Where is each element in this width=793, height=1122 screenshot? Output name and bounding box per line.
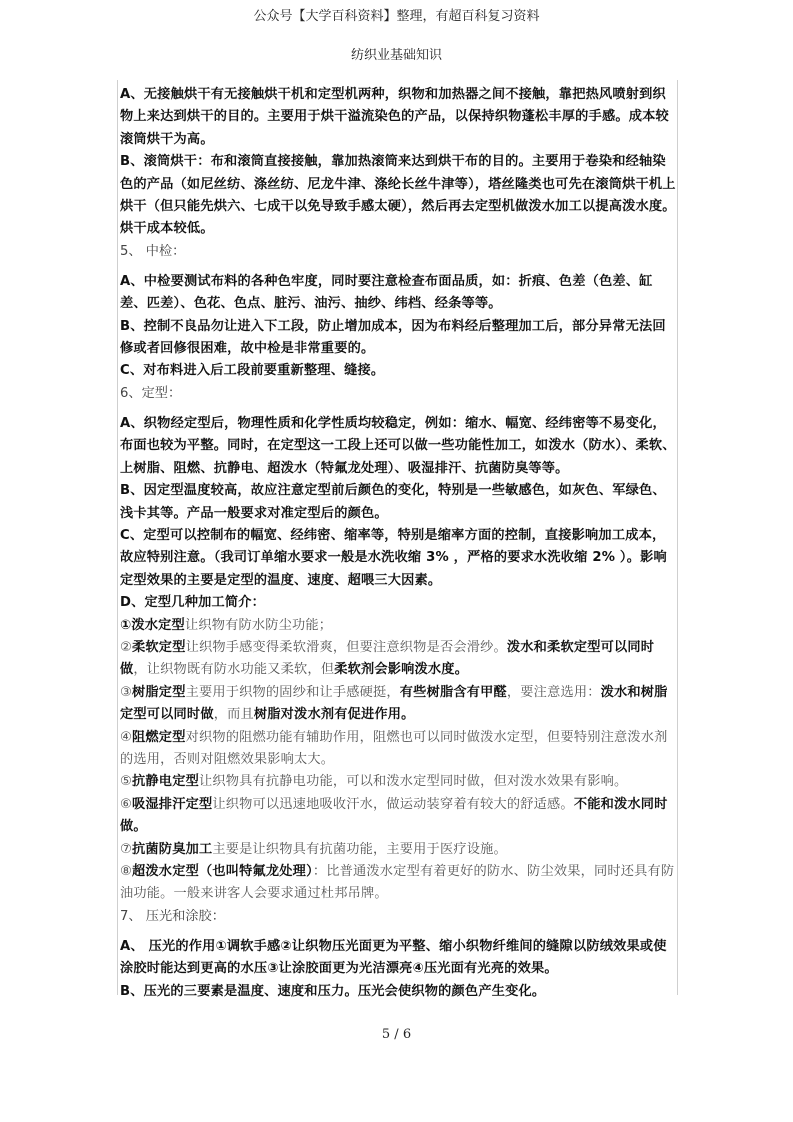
item-number: ③ bbox=[120, 685, 132, 700]
item-number: ⑤ bbox=[120, 774, 132, 789]
setting-item-5: ⑤抗静电定型让织物具有抗静电功能，可以和泼水定型同时做，但对泼水效果有影响。 bbox=[120, 771, 676, 793]
paragraph-setting-b: B、因定型温度较高，故应注意定型前后颜色的变化，特别是一些敏感色，如灰色、军绿色… bbox=[120, 480, 676, 525]
item-desc: ，让织物既有防水功能又柔软，但 bbox=[133, 662, 334, 677]
setting-item-3: ③树脂定型主要用于织物的固纱和让手感硬挺，有些树脂含有甲醛，要注意选用：泼水和树… bbox=[120, 682, 676, 727]
page-number: 5 / 6 bbox=[0, 1027, 793, 1042]
item-desc: ，而且 bbox=[214, 707, 254, 722]
setting-item-8: ⑧超泼水定型（也叫特氟龙处理）：比普通泼水定型有着更好的防水、防尘效果，同时还具… bbox=[120, 861, 676, 906]
document-title: 纺织业基础知识 bbox=[0, 44, 793, 63]
section-heading-7: 7、 压光和涂胶： bbox=[120, 906, 676, 928]
paragraph-calender-a: A、 压光的作用①调软手感②让织物压光面更为平整、缩小织物纤维间的缝隙以防绒效果… bbox=[120, 936, 676, 981]
item-desc: 让织物具有抗静电功能，可以和泼水定型同时做，但对泼水效果有影响。 bbox=[199, 774, 627, 789]
item-number: ⑦ bbox=[120, 842, 132, 857]
setting-item-1: ①泼水定型让织物有防水防尘功能； bbox=[120, 615, 676, 637]
paragraph-drying-b: B、滚筒烘干：布和滚筒直接接触，靠加热滚筒来达到烘干布的目的。主要用于卷染和经轴… bbox=[120, 151, 676, 241]
item-title: 柔软定型 bbox=[132, 640, 186, 655]
item-number: ④ bbox=[120, 730, 132, 745]
setting-item-6: ⑥吸湿排汗定型让织物可以迅速地吸收汗水，做运动装穿着有较大的舒适感。不能和泼水同… bbox=[120, 794, 676, 839]
paragraph-inspection-b: B、控制不良品勿让进入下工段，防止增加成本，因为布料经后整理加工后，部分异常无法… bbox=[120, 316, 676, 361]
paragraph-setting-c: C、定型可以控制布的幅宽、经纬密、缩率等，特别是缩率方面的控制，直接影响加工成本… bbox=[120, 525, 676, 592]
paragraph-setting-d: D、定型几种加工简介： bbox=[120, 592, 676, 614]
paragraph-drying-a: A、无接触烘干有无接触烘干机和定型机两种，织物和加热器之间不接触，靠把热风喷射到… bbox=[120, 84, 676, 151]
item-title: 抗菌防臭加工 bbox=[132, 842, 212, 857]
item-title: 树脂定型 bbox=[132, 685, 186, 700]
item-desc: ，要注意选用： bbox=[507, 685, 601, 700]
banner-header: 公众号【大学百科资料】整理，有超百科复习资料 bbox=[0, 5, 793, 24]
paragraph-inspection-a: A、中检要测试布料的各种色牢度，同时要注意检查布面品质，如：折痕、色差（色差、缸… bbox=[120, 271, 676, 316]
item-desc: 让织物可以迅速地吸收汗水，做运动装穿着有较大的舒适感。 bbox=[212, 797, 573, 812]
item-emphasis: 柔软剂会影响泼水度。 bbox=[334, 662, 468, 677]
item-desc: 主要用于织物的固纱和让手感硬挺， bbox=[186, 685, 400, 700]
paragraph-setting-a: A、织物经定型后，物理性质和化学性质均较稳定，例如：缩水、幅宽、经纬密等不易变化… bbox=[120, 413, 676, 480]
item-desc: 让织物有防水防尘功能； bbox=[185, 618, 332, 633]
item-emphasis: 有些树脂含有甲醛 bbox=[400, 685, 507, 700]
item-title: 阻燃定型 bbox=[132, 730, 186, 745]
document-body: A、无接触烘干有无接触烘干机和定型机两种，织物和加热器之间不接触，靠把热风喷射到… bbox=[120, 84, 676, 1003]
setting-item-2: ②柔软定型让织物手感变得柔软滑爽，但要注意织物是否会滑纱。泼水和柔软定型可以同时… bbox=[120, 637, 676, 682]
section-heading-6: 6、定型： bbox=[120, 383, 676, 405]
item-desc: 主要是让织物具有抗菌功能，主要用于医疗设施。 bbox=[212, 842, 507, 857]
item-title: 超泼水定型（也叫特氟龙处理） bbox=[132, 864, 313, 879]
item-number: ⑧ bbox=[120, 864, 132, 879]
section-heading-5: 5、 中检： bbox=[120, 241, 676, 263]
setting-item-7: ⑦抗菌防臭加工主要是让织物具有抗菌功能，主要用于医疗设施。 bbox=[120, 839, 676, 861]
item-number: ① bbox=[120, 618, 131, 633]
item-title: 抗静电定型 bbox=[132, 774, 199, 789]
item-desc: 让织物手感变得柔软滑爽，但要注意织物是否会滑纱。 bbox=[186, 640, 507, 655]
item-title: 吸湿排汗定型 bbox=[132, 797, 212, 812]
item-number: ② bbox=[120, 640, 132, 655]
item-title: 泼水定型 bbox=[131, 618, 185, 633]
item-emphasis: 树脂对泼水剂有促进作用。 bbox=[254, 707, 415, 722]
paragraph-inspection-c: C、对布料进入后工段前要重新整理、缝接。 bbox=[120, 360, 676, 382]
paragraph-calender-b: B、压光的三要素是温度、速度和压力。压光会使织物的颜色产生变化。 bbox=[120, 981, 676, 1003]
item-desc: 对织物的阻燃功能有辅助作用，阻燃也可以同时做泼水定型，但要特别注意泼水剂的选用，… bbox=[120, 730, 668, 767]
setting-item-4: ④阻燃定型对织物的阻燃功能有辅助作用，阻燃也可以同时做泼水定型，但要特别注意泼水… bbox=[120, 727, 676, 772]
item-number: ⑥ bbox=[120, 797, 132, 812]
